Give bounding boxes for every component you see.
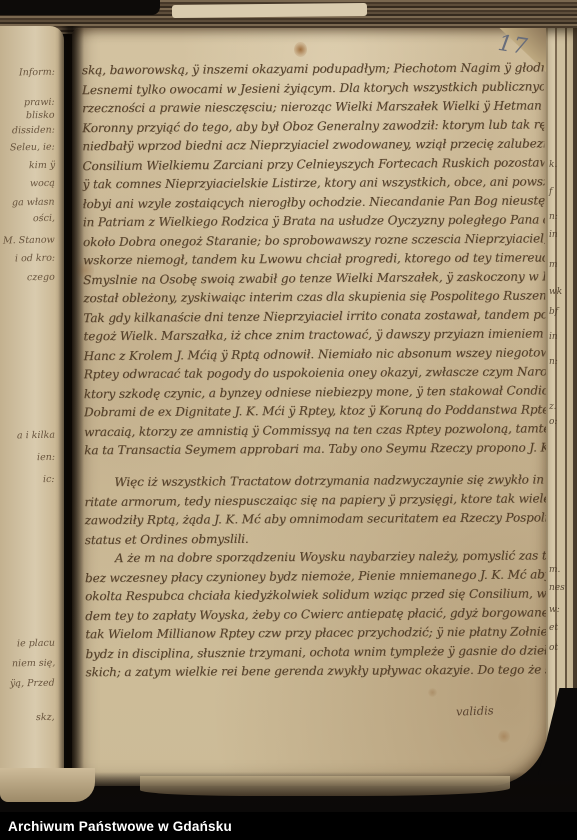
page-edge-text-fragment: o: (549, 417, 557, 427)
archival-scan: Inform:prawi:bliskodissiden:Seleu, ie:ki… (0, 0, 577, 840)
folio-number: 17 (496, 31, 530, 60)
validis-annotation: validis (456, 703, 494, 718)
manuscript-line: ka ta Transactia Seymem approbari ma. Ta… (84, 438, 546, 460)
page-edge-text-fragment: f (549, 187, 552, 197)
archive-name: Archiwum Państwowe w Gdańsku (8, 819, 232, 834)
page-edge-text-fragment: et (549, 623, 558, 633)
page-edge-text-fragment: ot (549, 643, 558, 653)
page-edge-text-fragment: nes (549, 583, 565, 593)
page-edge-text-fragment: n: (549, 212, 558, 222)
binding-gutter-shadow (58, 26, 84, 784)
manuscript-paragraph: Więc iż wszystkich Tractatow dotrzymania… (84, 470, 546, 549)
page-edge-text-fragment: m (549, 260, 558, 270)
page-edge-text-fragment: in (549, 230, 558, 240)
page-edge-text-fragment: z. (549, 402, 557, 412)
page-edge-text-fragment: w: (549, 605, 560, 615)
page-edge-text-fragment: m. (549, 565, 560, 575)
bottom-page-edge-mid (140, 776, 510, 796)
page-edge-text-fragment: in (549, 332, 558, 342)
manuscript-paragraph: ską, baworowską, ÿ inszemi okazyami podu… (82, 58, 546, 460)
footer-bar: Archiwum Państwowe w Gdańsku (0, 812, 577, 840)
page-edge-text-fragment: bf (549, 307, 558, 317)
right-page-edges: k.fn:inmwkbfinn:z.o:m.nesw:etot (546, 28, 577, 762)
page-edge-text-fragment: k. (549, 160, 557, 170)
page-edge-text-fragment: wk (549, 287, 562, 297)
bottom-page-edge-left (0, 768, 95, 802)
manuscript-paragraph: A że m na dobre sporządzeniu Woysku nayb… (85, 546, 548, 682)
manuscript-line: skich; a zatym wielkie rei bene gerenda … (85, 660, 547, 682)
page-edge-text-fragment: n: (549, 357, 558, 367)
